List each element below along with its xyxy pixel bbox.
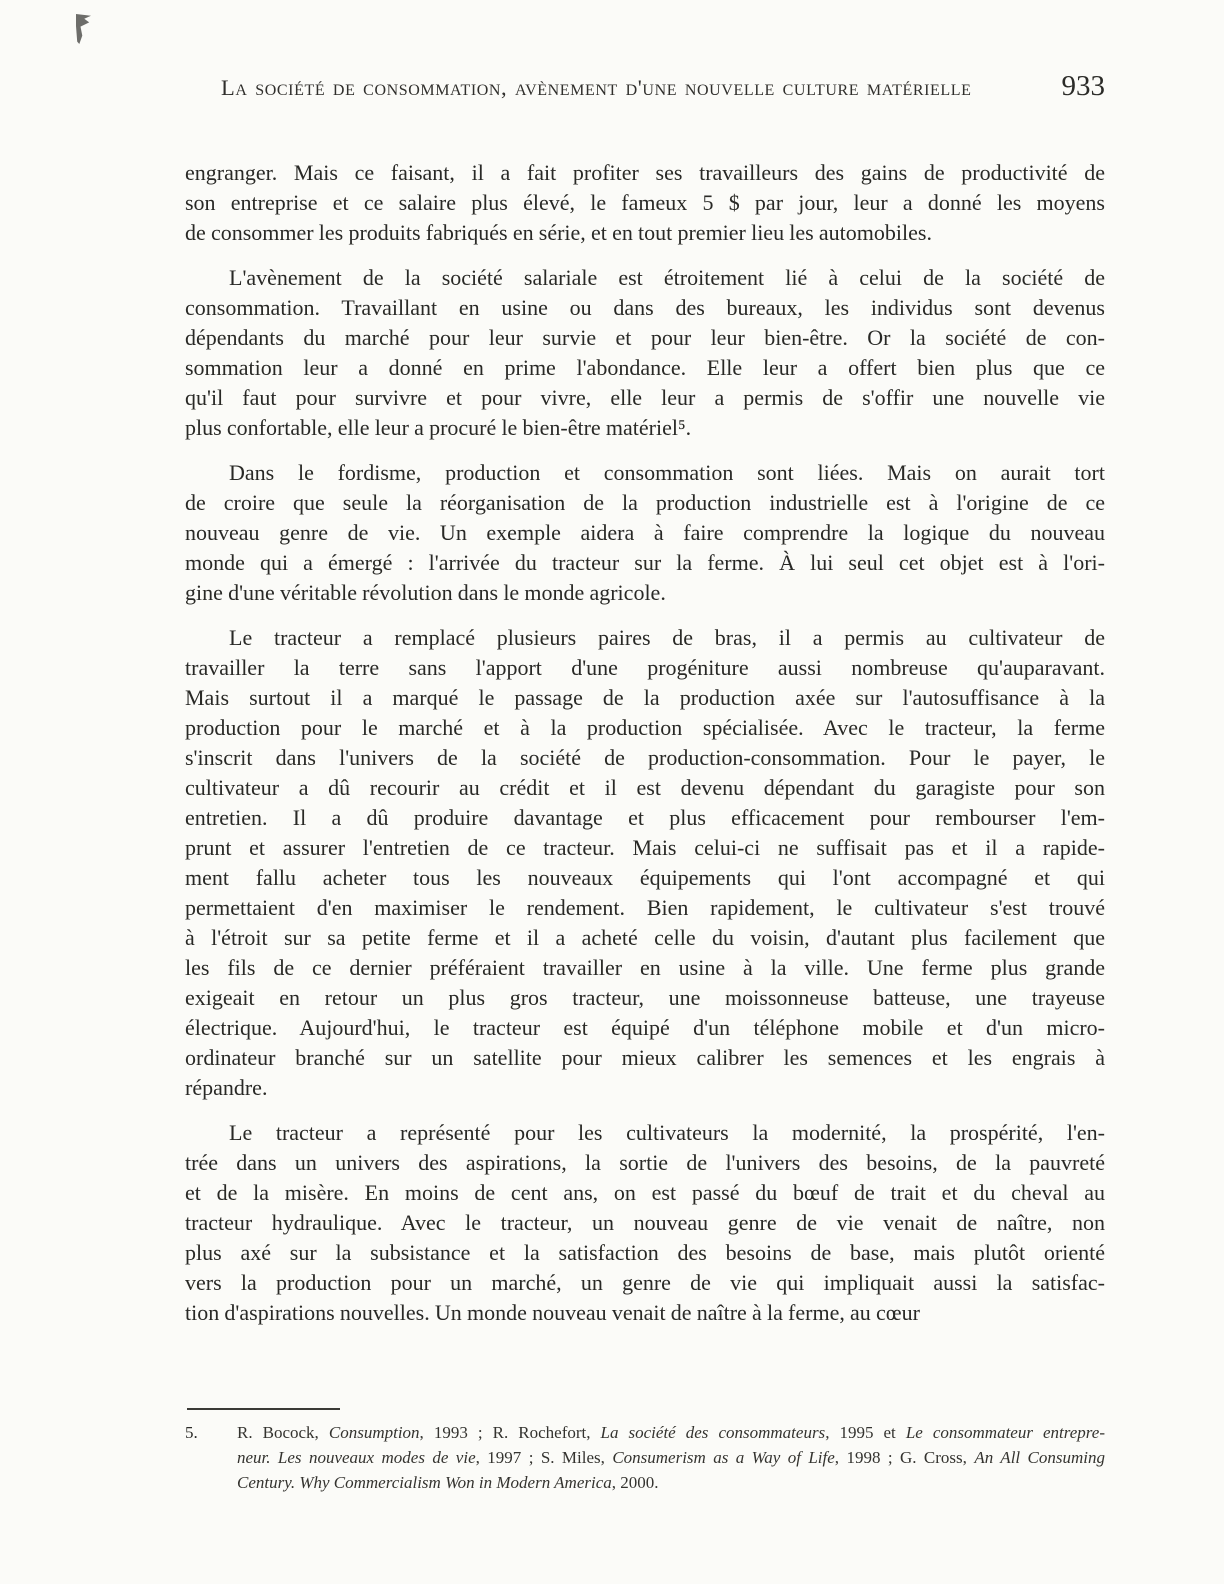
text-line: tion d'aspirations nouvelles. Un monde n… — [185, 1298, 1105, 1328]
footnote-work-title: Century. Why Commercialism Won in Modern… — [237, 1473, 612, 1492]
footnote-line: Century. Why Commercialism Won in Modern… — [237, 1470, 1105, 1495]
text-line: répandre. — [185, 1073, 1105, 1103]
footnote: 5. R. Bocock, Consumption, 1993 ; R. Roc… — [185, 1420, 1105, 1495]
text-line: électrique. Aujourd'hui, le tracteur est… — [185, 1013, 1105, 1043]
text-line: permettaient d'en maximiser le rendement… — [185, 893, 1105, 923]
text-line: de croire que seule la réorganisation de… — [185, 488, 1105, 518]
text-line: trée dans un univers des aspirations, la… — [185, 1148, 1105, 1178]
text-line: qu'il faut pour survivre et pour vivre, … — [185, 383, 1105, 413]
footnote-citation-text: R. Bocock, — [237, 1423, 329, 1442]
text-line: gine d'une véritable révolution dans le … — [185, 578, 1105, 608]
text-line: Dans le fordisme, production et consomma… — [185, 458, 1105, 488]
text-line: plus confortable, elle leur a procuré le… — [185, 413, 1105, 443]
text-line: consommation. Travaillant en usine ou da… — [185, 293, 1105, 323]
text-line: prunt et assurer l'entretien de ce tract… — [185, 833, 1105, 863]
paragraph: engranger. Mais ce faisant, il a fait pr… — [185, 158, 1105, 248]
text-line: entretien. Il a dû produire davantage et… — [185, 803, 1105, 833]
running-header: La société de consommation, avènement d'… — [185, 70, 1105, 103]
footnote-line: neur. Les nouveaux modes de vie, 1997 ; … — [237, 1445, 1105, 1470]
text-line: L'avènement de la société salariale est … — [185, 263, 1105, 293]
text-line: exigeait en retour un plus gros tracteur… — [185, 983, 1105, 1013]
paragraph: Le tracteur a représenté pour les cultiv… — [185, 1118, 1105, 1328]
footnote-work-title: Consumption — [329, 1423, 420, 1442]
text-line: travailler la terre sans l'apport d'une … — [185, 653, 1105, 683]
footnote-text: R. Bocock, Consumption, 1993 ; R. Rochef… — [237, 1420, 1105, 1495]
paragraph: L'avènement de la société salariale est … — [185, 263, 1105, 443]
footnote-separator-rule — [187, 1408, 340, 1410]
text-line: Le tracteur a remplacé plusieurs paires … — [185, 623, 1105, 653]
text-line: et de la misère. En moins de cent ans, o… — [185, 1178, 1105, 1208]
text-line: sommation leur a donné en prime l'abonda… — [185, 353, 1105, 383]
footnote-number: 5. — [185, 1420, 198, 1445]
text-line: tracteur hydraulique. Avec le tracteur, … — [185, 1208, 1105, 1238]
footnote-citation-text: , 1998 ; G. Cross, — [835, 1448, 975, 1467]
paragraph: Le tracteur a remplacé plusieurs paires … — [185, 623, 1105, 1103]
body-text: engranger. Mais ce faisant, il a fait pr… — [185, 158, 1105, 1343]
text-line: Mais surtout il a marqué le passage de l… — [185, 683, 1105, 713]
text-line: ment fallu acheter tous les nouveaux équ… — [185, 863, 1105, 893]
footnote-work-title: neur. Les nouveaux modes de vie — [237, 1448, 476, 1467]
text-line: plus axé sur la subsistance et la satisf… — [185, 1238, 1105, 1268]
footnote-work-title: Consumerism as a Way of Life — [612, 1448, 834, 1467]
text-line: son entreprise et ce salaire plus élevé,… — [185, 188, 1105, 218]
text-line: de consommer les produits fabriqués en s… — [185, 218, 1105, 248]
footnote-work-title: La société des consommateurs — [601, 1423, 826, 1442]
text-line: ordinateur branché sur un satellite pour… — [185, 1043, 1105, 1073]
footnote-work-title: Le consommateur entrepre- — [906, 1423, 1105, 1442]
footnote-citation-text: , 2000. — [612, 1473, 659, 1492]
text-line: les fils de ce dernier préféraient trava… — [185, 953, 1105, 983]
scan-artifact-mark — [76, 14, 91, 44]
text-line: cultivateur a dû recourir au crédit et i… — [185, 773, 1105, 803]
text-line: dépendants du marché pour leur survie et… — [185, 323, 1105, 353]
footnote-line: R. Bocock, Consumption, 1993 ; R. Rochef… — [237, 1420, 1105, 1445]
text-line: à l'étroit sur sa petite ferme et il a a… — [185, 923, 1105, 953]
header-title: La société de consommation, avènement d'… — [221, 75, 972, 101]
text-line: nouveau genre de vie. Un exemple aidera … — [185, 518, 1105, 548]
footnote-citation-text: , 1993 ; R. Rochefort, — [420, 1423, 601, 1442]
text-line: production pour le marché et à la produc… — [185, 713, 1105, 743]
footnote-work-title: An All Consuming — [974, 1448, 1105, 1467]
book-page: La société de consommation, avènement d'… — [0, 0, 1224, 1584]
text-line: monde qui a émergé : l'arrivée du tracte… — [185, 548, 1105, 578]
text-line: s'inscrit dans l'univers de la société d… — [185, 743, 1105, 773]
text-line: engranger. Mais ce faisant, il a fait pr… — [185, 158, 1105, 188]
page-number: 933 — [1062, 70, 1106, 103]
text-line: Le tracteur a représenté pour les cultiv… — [185, 1118, 1105, 1148]
paragraph: Dans le fordisme, production et consomma… — [185, 458, 1105, 608]
footnote-citation-text: , 1995 et — [825, 1423, 906, 1442]
footnote-citation-text: , 1997 ; S. Miles, — [476, 1448, 613, 1467]
text-line: vers la production pour un marché, un ge… — [185, 1268, 1105, 1298]
